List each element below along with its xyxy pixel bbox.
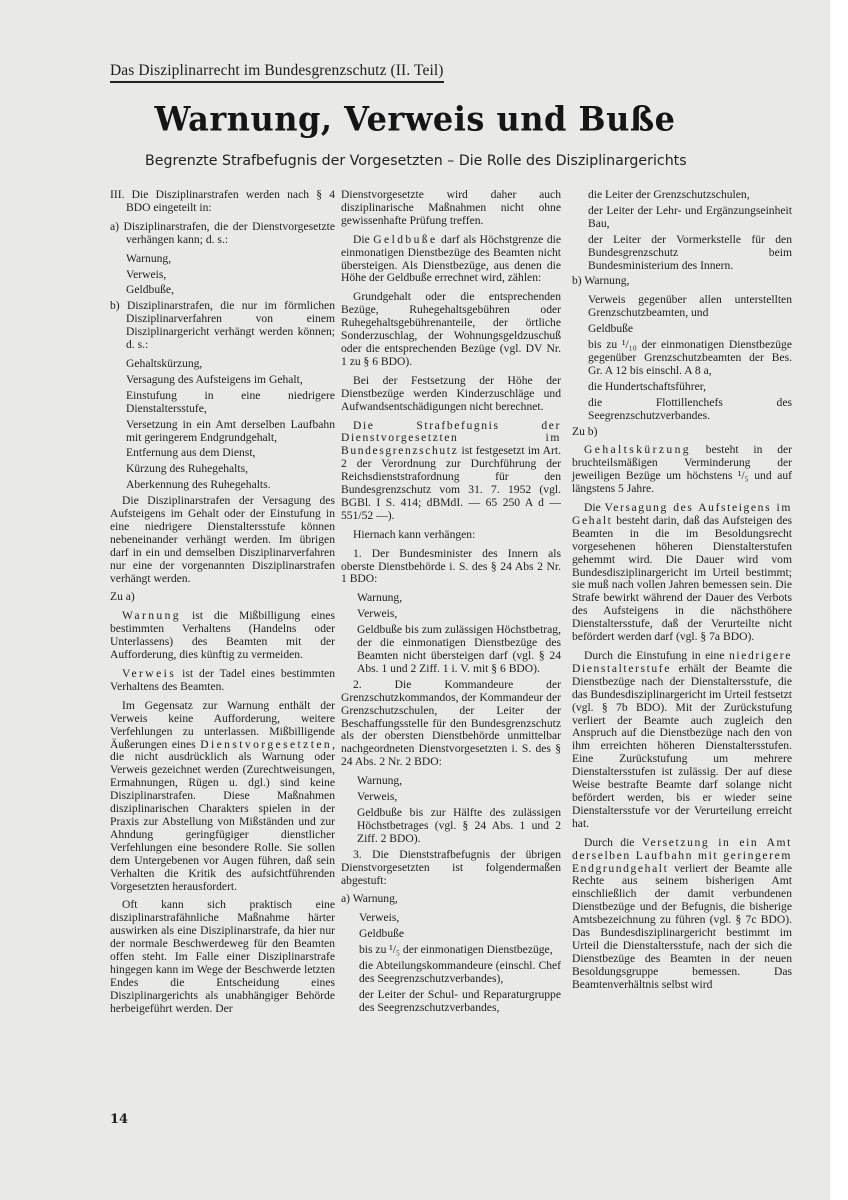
list-item: bis zu ¹/₅ der einmonatigen Dienstbezüge… xyxy=(341,944,561,957)
list-item: a) Warnung, xyxy=(341,893,561,906)
spaced-term: Geldbuße xyxy=(373,233,437,246)
paragraph: III. Die Disziplinarstrafen werden nach … xyxy=(110,189,335,215)
paragraph: Hiernach kann verhängen: xyxy=(341,529,561,542)
list-item: der Leiter der Lehr- und Ergänzungseinhe… xyxy=(572,205,792,231)
paragraph: Im Gegensatz zur Warnung enthält der Ver… xyxy=(110,700,335,894)
list-item: Gehaltskürzung, xyxy=(110,358,335,371)
list-item: die Hundertschaftsführer, xyxy=(572,381,792,394)
list-item: Aberkennung des Ruhegehalts. xyxy=(110,479,335,492)
list-item: Kürzung des Ruhegehalts, xyxy=(110,463,335,476)
list-item: die Abteilungskommandeure (einschl. Chef… xyxy=(341,960,561,986)
list-item: Einstufung in eine niedrigere Dienstalte… xyxy=(110,390,335,416)
text-column-1: III. Die Disziplinarstrafen werden nach … xyxy=(110,189,335,1022)
article-subtitle: Begrenzte Strafbefugnis der Vorgesetzten… xyxy=(145,153,687,169)
paragraph: Durch die Versetzung in ein Amt derselbe… xyxy=(572,837,792,992)
list-item: die Leiter der Grenzschutzschulen, xyxy=(572,189,792,202)
paragraph: Die Strafbefugnis der Dienstvorgesetzten… xyxy=(341,420,561,523)
list-item: Geldbuße bis zur Hälfte des zulässigen H… xyxy=(341,807,561,846)
list-item: Geldbuße xyxy=(341,928,561,941)
list-item: Verweis, xyxy=(110,269,335,282)
spaced-term: Gehaltskürzung xyxy=(584,443,691,456)
paragraph: Die Geldbuße darf als Höchstgrenze die e… xyxy=(341,234,561,286)
text-column-3: die Leiter der Grenzschutzschulen, der L… xyxy=(572,189,792,998)
paragraph: Oft kann sich praktisch eine disziplinar… xyxy=(110,899,335,1015)
list-item: Warnung, xyxy=(341,592,561,605)
list-item: Versagung des Aufsteigens im Gehalt, xyxy=(110,374,335,387)
list-label: 2. Die Kommandeure der Grenzschutzkomman… xyxy=(341,679,561,769)
document-page: Das Disziplinarrecht im Bundesgrenzschut… xyxy=(0,0,830,1200)
section-heading: Zu a) xyxy=(110,591,335,604)
list-item: Versetzung in ein Amt derselben Laufbahn… xyxy=(110,419,335,445)
list-label: 1. Der Bundesminister des Innern als obe… xyxy=(341,548,561,587)
paragraph: Gehaltskürzung besteht in der bruchteils… xyxy=(572,444,792,496)
paragraph: Durch die Einstufung in eine niedrigere … xyxy=(572,650,792,831)
text-column-2: Dienstvorgesetzte wird daher auch diszip… xyxy=(341,189,561,1018)
list-item: der Leiter der Schul- und Reparaturgrupp… xyxy=(341,989,561,1015)
list-item: Entfernung aus dem Dienst, xyxy=(110,447,335,460)
list-item: Verweis, xyxy=(341,912,561,925)
paragraph: Grundgehalt oder die entsprechenden Bezü… xyxy=(341,291,561,368)
list-item: Verweis gegenüber allen unterstellten Gr… xyxy=(572,294,792,320)
page-number: 14 xyxy=(110,1112,128,1127)
article-title: Warnung, Verweis und Buße xyxy=(0,99,830,139)
list-item: Warnung, xyxy=(341,775,561,788)
list-label: 3. Die Dienststrafbefugnis der übrigen D… xyxy=(341,849,561,888)
list-item: Geldbuße bis zum zulässigen Höchstbetrag… xyxy=(341,624,561,676)
list-item: die Flottillenchefs des Seegrenzschutzve… xyxy=(572,397,792,423)
paragraph: Warnung ist die Mißbilligung eines besti… xyxy=(110,610,335,662)
spaced-term: Verweis xyxy=(122,667,176,680)
list-item: der Leiter der Vormerkstelle für den Bun… xyxy=(572,234,792,273)
spaced-term: Warnung xyxy=(122,609,181,622)
paragraph: Verweis ist der Tadel eines bestimmten V… xyxy=(110,668,335,694)
section-heading: Zu b) xyxy=(572,426,792,439)
paragraph: Die Disziplinarstrafen der Versagung des… xyxy=(110,495,335,585)
list-item: bis zu ¹/₁₀ der einmonatigen Dienstbezüg… xyxy=(572,339,792,378)
list-item: Verweis, xyxy=(341,791,561,804)
list-label: a) Disziplinarstrafen, die der Dienstvor… xyxy=(110,221,335,247)
list-label: b) Warnung, xyxy=(572,275,792,288)
paragraph: Dienstvorgesetzte wird daher auch diszip… xyxy=(341,189,561,228)
list-item: Warnung, xyxy=(110,253,335,266)
list-item: Verweis, xyxy=(341,608,561,621)
paragraph: Bei der Festsetzung der Höhe der Dienstb… xyxy=(341,375,561,414)
paragraph: Die Versagung des Aufsteigens im Gehalt … xyxy=(572,502,792,644)
spaced-term: Dienstvorgesetzten xyxy=(200,738,332,751)
list-item: Geldbuße, xyxy=(110,284,335,297)
list-item: Geldbuße xyxy=(572,323,792,336)
running-head: Das Disziplinarrecht im Bundesgrenzschut… xyxy=(110,62,444,83)
list-label: b) Disziplinarstrafen, die nur im förmli… xyxy=(110,300,335,352)
